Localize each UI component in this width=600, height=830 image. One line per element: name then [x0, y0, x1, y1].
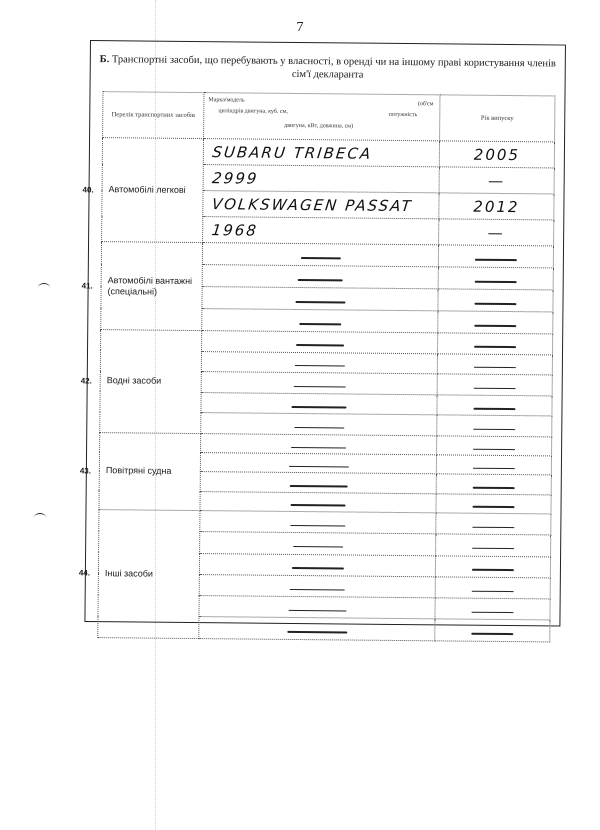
model-cell: [202, 265, 438, 289]
page-number: 7: [0, 20, 600, 36]
handwritten-dash-icon: [474, 325, 516, 327]
model-cell: [199, 553, 435, 577]
header-model-line1-right: (об'єм: [418, 101, 434, 107]
vehicles-table: Перелік транспортних засобів Марка/модел…: [97, 91, 555, 642]
handwritten-dash-icon: [472, 548, 514, 550]
handwritten-year: —: [488, 223, 505, 241]
model-cell: [202, 287, 438, 311]
section-title: Б. Транспортні засоби, що перебувають у …: [91, 53, 565, 84]
year-cell: [435, 619, 550, 641]
handwritten-dash-icon: [473, 448, 515, 450]
handwritten-dash-icon: [293, 386, 345, 388]
year-cell: —: [439, 219, 554, 246]
handwritten-dash-icon: [472, 526, 514, 528]
handwritten-dash-icon: [294, 427, 344, 429]
header-model-line2: циліндрів двигуна, куб. см,: [218, 108, 288, 115]
handwritten-dash-icon: [300, 257, 340, 259]
row-number: 40.: [83, 184, 94, 195]
margin-arc-mark-bottom: [34, 513, 46, 522]
handwritten-dash-icon: [290, 589, 345, 591]
handwritten-dash-icon: [474, 367, 516, 369]
handwritten-dash-icon: [473, 428, 515, 430]
model-cell: [201, 413, 437, 436]
category-cell: 43.Повітряні судна: [99, 433, 201, 511]
year-cell: [437, 374, 552, 396]
year-cell: [438, 289, 553, 312]
row-number: 43.: [80, 465, 91, 476]
row-number: 42.: [81, 375, 92, 386]
model-cell: SUBARU TRIBECA: [202, 139, 441, 167]
model-cell: [202, 309, 438, 333]
category-label: Повітряні судна: [106, 466, 172, 478]
header-model-line3: двигуна, кВт, довжина, см): [284, 123, 353, 130]
model-cell: [200, 453, 436, 475]
handwritten-dash-icon: [293, 546, 343, 548]
form-frame: Б. Транспортні засоби, що перебувають у …: [84, 40, 566, 627]
year-cell: [438, 333, 553, 355]
handwritten-dash-icon: [296, 344, 344, 346]
handwritten-year: —: [488, 171, 505, 189]
year-cell: [438, 311, 553, 334]
year-cell: [436, 455, 551, 475]
handwritten-year: 2012: [473, 197, 519, 215]
header-model-line1: Марка/модель: [208, 97, 244, 103]
handwritten-model: 1968: [210, 221, 258, 239]
category-cell: 44.Інші засоби: [98, 510, 200, 639]
handwritten-model: VOLKSWAGEN PASSAT: [210, 195, 413, 215]
handwritten-dash-icon: [474, 387, 516, 389]
handwritten-dash-icon: [475, 259, 517, 261]
model-cell: [199, 596, 435, 620]
handwritten-dash-icon: [472, 612, 514, 614]
year-cell: [436, 494, 551, 514]
model-cell: VOLKSWAGEN PASSAT: [201, 191, 440, 219]
year-cell: —: [439, 167, 554, 194]
handwritten-dash-icon: [473, 408, 515, 410]
handwritten-dash-icon: [288, 466, 348, 468]
header-year: Рік випуску: [440, 95, 555, 142]
handwritten-model: SUBARU TRIBECA: [211, 143, 373, 163]
model-cell: [200, 511, 436, 535]
year-cell: 2012: [439, 193, 554, 220]
handwritten-dash-icon: [473, 468, 515, 470]
model-cell: [201, 372, 437, 395]
year-cell: [435, 598, 550, 620]
table-row: 42.Водні засоби: [101, 330, 553, 355]
handwritten-dash-icon: [295, 301, 345, 303]
handwritten-dash-icon: [291, 406, 346, 408]
model-cell: [200, 472, 436, 494]
category-cell: 41.Автомобілі вантажні (спеціальні): [101, 242, 203, 331]
header-model: Марка/модель (об'єм циліндрів двигуна, к…: [204, 93, 440, 141]
handwritten-year: 2005: [474, 145, 520, 163]
handwritten-dash-icon: [299, 323, 341, 325]
table-row: 40.Автомобілі легковіSUBARU TRIBECA2005: [102, 138, 554, 168]
model-cell: [201, 392, 437, 415]
table-header-row: Перелік транспортних засобів Марка/модел…: [103, 92, 555, 142]
category-cell: 40.Автомобілі легкові: [102, 138, 204, 243]
row-number: 41.: [82, 280, 93, 291]
handwritten-dash-icon: [475, 281, 517, 283]
handwritten-dash-icon: [471, 633, 513, 635]
year-cell: [435, 577, 550, 599]
header-category: Перелік транспортних засобів: [103, 92, 204, 139]
model-cell: [202, 331, 438, 354]
margin-arc-mark-top: [38, 283, 50, 292]
year-cell: [437, 395, 552, 417]
year-cell: [436, 534, 551, 556]
handwritten-dash-icon: [288, 610, 346, 612]
model-cell: [201, 351, 437, 374]
model-cell: [202, 243, 438, 267]
handwritten-dash-icon: [294, 365, 344, 367]
year-cell: [435, 555, 550, 577]
model-cell: [200, 491, 436, 513]
handwritten-model: 2999: [211, 169, 259, 187]
handwritten-dash-icon: [289, 485, 347, 487]
model-cell: 2999: [202, 165, 441, 193]
handwritten-dash-icon: [291, 567, 343, 569]
handwritten-dash-icon: [472, 569, 514, 571]
model-cell: [200, 532, 436, 556]
handwritten-dash-icon: [291, 504, 346, 506]
handwritten-dash-icon: [473, 506, 515, 508]
year-cell: [437, 415, 552, 437]
year-cell: [436, 474, 551, 494]
row-number: 44.: [79, 568, 90, 579]
section-letter: Б.: [100, 54, 110, 65]
year-cell: [436, 513, 551, 535]
category-label: Автомобілі легкові: [109, 184, 186, 196]
model-cell: [199, 617, 435, 641]
handwritten-dash-icon: [290, 525, 345, 527]
year-cell: 2005: [439, 141, 554, 168]
handwritten-dash-icon: [472, 590, 514, 592]
year-cell: [438, 245, 553, 268]
handwritten-dash-icon: [287, 631, 347, 633]
year-cell: [438, 267, 553, 290]
section-title-text: Транспортні засоби, що перебувають у вла…: [112, 54, 556, 80]
handwritten-dash-icon: [298, 279, 343, 281]
model-cell: 1968: [201, 217, 440, 245]
handwritten-dash-icon: [473, 487, 515, 489]
year-cell: [437, 353, 552, 375]
table-row: 41.Автомобілі вантажні (спеціальні): [101, 242, 553, 268]
handwritten-dash-icon: [291, 447, 346, 449]
year-cell: [437, 436, 552, 456]
category-label: Інші засоби: [105, 568, 153, 579]
model-cell: [199, 574, 435, 598]
category-label: Водні засоби: [107, 376, 162, 388]
table-row: 44.Інші засоби: [99, 510, 551, 536]
category-cell: 42.Водні засоби: [100, 330, 202, 434]
header-model-line2-right: потужність: [389, 112, 418, 118]
table-row: 43.Повітряні судна: [100, 433, 552, 457]
handwritten-dash-icon: [474, 346, 516, 348]
category-label: Автомобілі вантажні (спеціальні): [108, 275, 196, 298]
handwritten-dash-icon: [474, 303, 516, 305]
model-cell: [201, 434, 437, 456]
